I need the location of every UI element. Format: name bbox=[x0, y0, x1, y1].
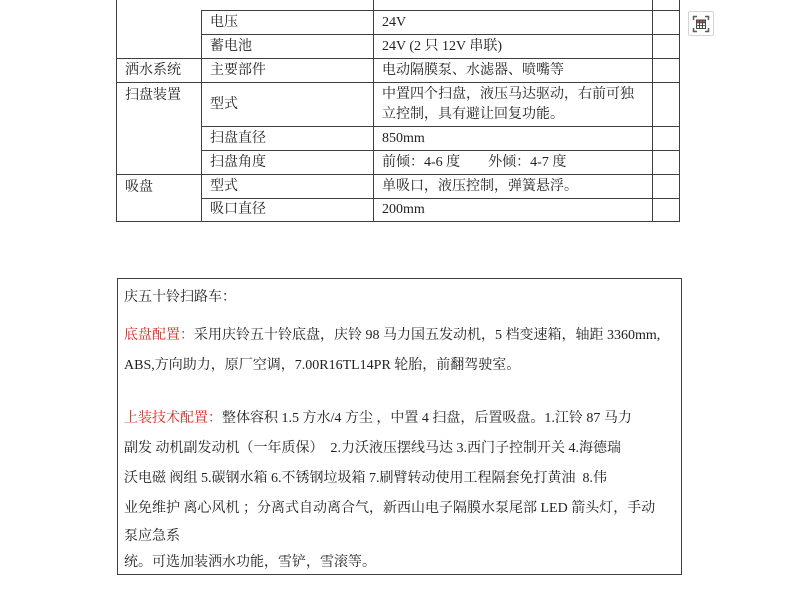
text-line: ABS,方向助力，原厂空调，7.00R16TL14PR 轮胎，前翻驾驶室。 bbox=[124, 351, 675, 381]
spec-table: 电压24V蓄电池24V (2 只 12V 串联)洒水系统主要部件电动隔膜泵、水滤… bbox=[116, 10, 680, 222]
table-row: 吸盘型式单吸口，液压控制，弹簧悬浮。 bbox=[117, 175, 680, 199]
table-cell: 电压 bbox=[202, 11, 374, 35]
table-cell bbox=[653, 175, 680, 199]
table-cell: 前倾：4-6 度 外倾：4-7 度 bbox=[374, 151, 653, 175]
table-cell bbox=[653, 83, 680, 127]
table-cell bbox=[117, 11, 202, 59]
table-cell: 电动隔膜泵、水滤器、喷嘴等 bbox=[374, 59, 653, 83]
text-line: 泵应急系 bbox=[124, 524, 675, 550]
text-line: 沃电磁 阀组 5.碳钢水箱 6.不锈钢垃圾箱 7.刷臂转动使用工程隔套免打黄油 … bbox=[124, 464, 675, 494]
table-cell: 200mm bbox=[374, 199, 653, 222]
table-cell bbox=[653, 151, 680, 175]
table-row: 蓄电池24V (2 只 12V 串联) bbox=[117, 35, 680, 59]
text-line: 底盘配置：采用庆铃五十铃底盘，庆铃 98 马力国五发动机，5 档变速箱，轴距 3… bbox=[124, 321, 675, 351]
text-line: 统。可选加装洒水功能，雪铲，雪滚等。 bbox=[124, 550, 675, 576]
blank-line bbox=[124, 313, 675, 321]
table-cell: 扫盘装置 bbox=[117, 83, 202, 175]
table-cell: 吸盘 bbox=[117, 175, 202, 222]
table-cell: 洒水系统 bbox=[117, 59, 202, 83]
table-cell: 型式 bbox=[202, 175, 374, 199]
blank-line bbox=[124, 381, 675, 404]
table-row: 扫盘角度前倾：4-6 度 外倾：4-7 度 bbox=[117, 151, 680, 175]
table-cell bbox=[653, 127, 680, 151]
table-cell: 24V bbox=[374, 11, 653, 35]
table-cell: 型式 bbox=[202, 83, 374, 127]
table-cell: 24V (2 只 12V 串联) bbox=[374, 35, 653, 59]
table-row: 洒水系统主要部件电动隔膜泵、水滤器、喷嘴等 bbox=[117, 59, 680, 83]
table-cell: 蓄电池 bbox=[202, 35, 374, 59]
table-cell bbox=[653, 35, 680, 59]
table-cell: 扫盘直径 bbox=[202, 127, 374, 151]
table-cell bbox=[653, 59, 680, 83]
table-cell: 中置四个扫盘，液压马达驱动，右前可独 立控制，具有避让回复功能。 bbox=[374, 83, 653, 127]
table-cell bbox=[653, 11, 680, 35]
table-row: 扫盘装置型式中置四个扫盘，液压马达驱动，右前可独 立控制，具有避让回复功能。 bbox=[117, 83, 680, 127]
description-lines: 庆五十铃扫路车：底盘配置：采用庆铃五十铃底盘，庆铃 98 马力国五发动机，5 档… bbox=[124, 283, 675, 576]
text-line: 庆五十铃扫路车： bbox=[124, 283, 675, 313]
table-cell: 扫盘角度 bbox=[202, 151, 374, 175]
text-line: 业免维护 离心风机 ；分离式自动离合气，新西山电子隔膜水泵尾部 LED 箭头灯，… bbox=[124, 494, 675, 524]
table-row: 扫盘直径850mm bbox=[117, 127, 680, 151]
table-tools-icon bbox=[692, 15, 710, 33]
document-page[interactable]: 电压24V蓄电池24V (2 只 12V 串联)洒水系统主要部件电动隔膜泵、水滤… bbox=[0, 0, 796, 616]
red-section-label: 上装技术配置： bbox=[124, 411, 222, 426]
text-line: 上装技术配置：整体容积 1.5 方水/4 方尘 ，中置 4 扫盘，后置吸盘。1.… bbox=[124, 404, 675, 434]
table-cell bbox=[653, 199, 680, 222]
description-box: 庆五十铃扫路车：底盘配置：采用庆铃五十铃底盘，庆铃 98 马力国五发动机，5 档… bbox=[117, 278, 682, 575]
table-row: 吸口直径200mm bbox=[117, 199, 680, 222]
table-cell: 主要部件 bbox=[202, 59, 374, 83]
table-row: 电压24V bbox=[117, 11, 680, 35]
table-tools-button[interactable] bbox=[688, 11, 714, 36]
table-cell: 单吸口，液压控制，弹簧悬浮。 bbox=[374, 175, 653, 199]
text-line: 副发 动机副发动机（一年质保） 2.力沃液压摆线马达 3.西门子控制开关 4.海… bbox=[124, 434, 675, 464]
red-section-label: 底盘配置： bbox=[124, 328, 194, 343]
table-cell: 850mm bbox=[374, 127, 653, 151]
table-cell: 吸口直径 bbox=[202, 199, 374, 222]
